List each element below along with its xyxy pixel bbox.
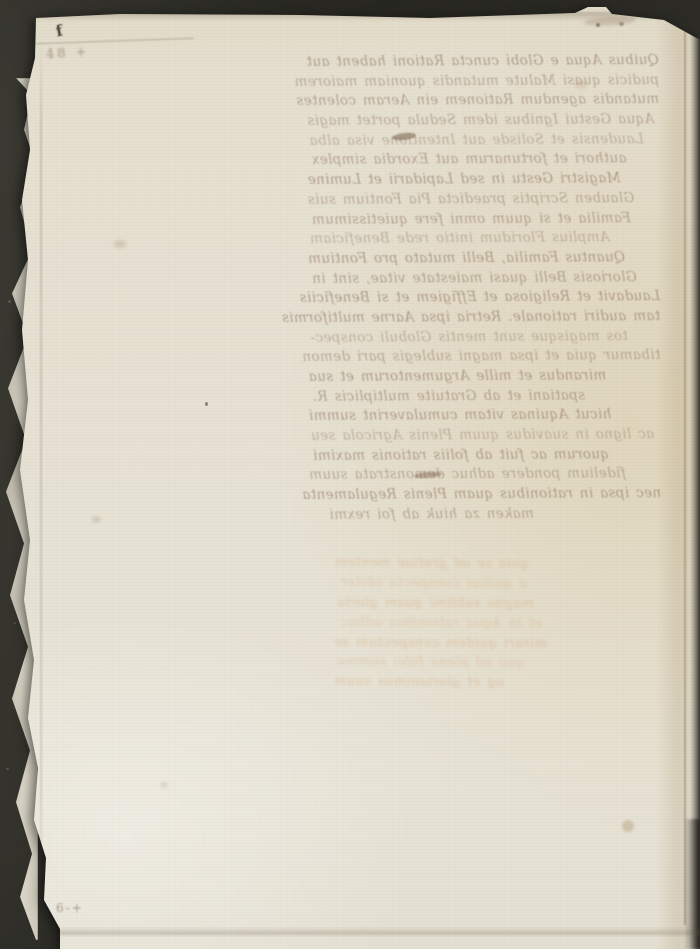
show-through-line: quorum ac fuit ab foliis rationis maximi [313, 445, 661, 467]
show-through-line: Glauben Scriptis praedicta Pia Fontium s… [307, 189, 659, 211]
photo-background: { "document": { "description": "Photogra… [0, 0, 700, 949]
ghost-line: quia se ad gratiae mentem [334, 553, 612, 575]
ghost-line: mirari quidem conspectum se [334, 633, 612, 655]
show-through-line: Magistri Gestu in sed Lapidarii et Lumin… [307, 169, 659, 191]
show-through-line: maken za hiuk ab foi rexmi [313, 504, 661, 526]
manuscript-page: Quibus Aqua e Globi cuncta Rationi haben… [0, 0, 700, 949]
show-through-line: hicut Aquinas vitam cumulaverint summi [309, 405, 661, 427]
binding-edge-shadow [690, 28, 700, 949]
deckled-edge-crease [40, 40, 42, 920]
show-through-line: Gloriosis Belli quasi maiestate vitae, s… [312, 268, 660, 290]
show-through-line: tibamur quia et ipsa magni sublegis pari… [308, 346, 660, 368]
show-through-line: tos magisque sunt mentis Globuli conspec… [310, 327, 660, 349]
show-through-line: spatiani et ab Gratuite multiplicis R. [313, 386, 661, 408]
folio-number-mark: 48 + [46, 44, 91, 62]
show-through-line: Familia et si quum omni fere quietissimu… [312, 209, 660, 231]
show-through-line: Laudensis et Solisde aut Intentione visa… [309, 130, 659, 152]
gutter-fold-line [684, 25, 686, 925]
ghost-line: et in Aqua rationibus adhuc [340, 613, 612, 635]
ghost-text-block: quia se ad gratiae mentem a quibus consp… [334, 553, 613, 694]
show-through-line: authori et fortunarum aut Exordia simple… [311, 150, 659, 172]
show-through-line: tam audiri rationale. Retria ipsa Aarne … [308, 307, 660, 329]
show-through-line: ac ligno in suavidus quum Plenis Agricol… [311, 425, 661, 447]
show-through-line: Amplius Floridum initio rede Beneficiam [310, 228, 660, 250]
ghost-line: magno sublimi quam gloria [337, 593, 612, 615]
ghost-line: quo ad plena fidei summa [337, 653, 612, 675]
ghost-line: og et glorianimus suum [334, 672, 612, 694]
bottom-folio-mark: 6-+ [56, 901, 84, 915]
show-through-line: Quantus Familia, Belli mutato pro Fontiu… [308, 248, 660, 270]
show-through-text-block: Quibus Aqua e Globi cuncta Rationi haben… [307, 51, 661, 525]
show-through-line: nec ipsa in rationibus quam Plenis Regul… [309, 484, 661, 506]
bottom-edge-shadow [50, 927, 700, 935]
top-edge-shadow [30, 12, 700, 21]
show-through-line: Quibus Aqua e Globi cuncta Rationi haben… [307, 51, 659, 73]
show-through-line: Aqua Gestui Ignibus idem Sedula portet m… [307, 110, 659, 132]
show-through-line: mutandis agendum Rationem ein Aeram cole… [311, 90, 659, 112]
gutter-shading [656, 0, 692, 949]
show-through-line: Laudavit et Religiosa et Effigiem et si … [308, 287, 660, 309]
ghost-line: a quibus conspectu obiter [340, 573, 612, 595]
show-through-line: pudicis quasi Malute mutandis quoniam ma… [307, 71, 659, 93]
show-through-line: fidelium pondere adhuc demonstrata suum [309, 465, 661, 487]
show-through-line: mirandus et mille Argumentorum et sua [308, 366, 660, 388]
paper-surface: Quibus Aqua e Globi cuncta Rationi haben… [0, 0, 700, 949]
